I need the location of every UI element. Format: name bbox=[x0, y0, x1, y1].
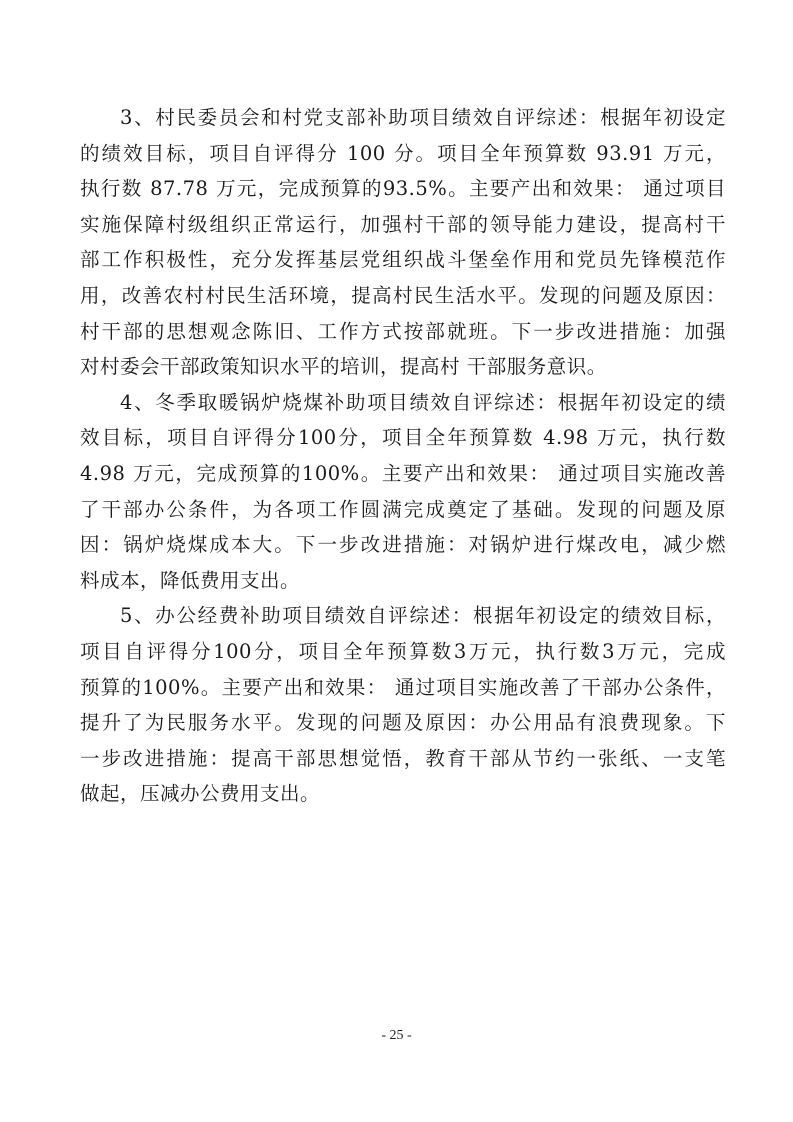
text-line: 实施保障村级组织正常运行，加强村干部的领导能力建设，提高村干 bbox=[80, 207, 726, 243]
text-line: 5、办公经费补助项目绩效自评综述：根据年初设定的绩效目标， bbox=[80, 598, 726, 634]
text-line: 4.98 万元，完成预算的100%。主要产出和效果： 通过项目实施改善 bbox=[80, 456, 726, 492]
paragraph-item-3: 3、村民委员会和村党支部补助项目绩效自评综述：根据年初设定 的绩效目标，项目自评… bbox=[80, 100, 726, 385]
text-line: 执行数 87.78 万元，完成预算的93.5%。主要产出和效果： 通过项目 bbox=[80, 171, 726, 207]
document-page: 3、村民委员会和村党支部补助项目绩效自评综述：根据年初设定 的绩效目标，项目自评… bbox=[0, 0, 793, 1122]
text-line: 对村委会干部政策知识水平的培训，提高村 干部服务意识。 bbox=[80, 349, 726, 385]
text-line: 的绩效目标，项目自评得分 100 分。项目全年预算数 93.91 万元， bbox=[80, 136, 726, 172]
text-line: 3、村民委员会和村党支部补助项目绩效自评综述：根据年初设定 bbox=[80, 100, 726, 136]
text-line: 用，改善农村村民生活环境，提高村民生活水平。发现的问题及原因： bbox=[80, 278, 726, 314]
text-line: 料成本，降低费用支出。 bbox=[80, 563, 726, 599]
text-line: 提升了为民服务水平。发现的问题及原因：办公用品有浪费现象。下 bbox=[80, 705, 726, 741]
paragraph-item-4: 4、冬季取暖锅炉烧煤补助项目绩效自评综述：根据年初设定的绩 效目标，项目自评得分… bbox=[80, 385, 726, 599]
page-number: - 25 - bbox=[0, 1028, 793, 1044]
document-body: 3、村民委员会和村党支部补助项目绩效自评综述：根据年初设定 的绩效目标，项目自评… bbox=[80, 100, 726, 812]
paragraph-item-5: 5、办公经费补助项目绩效自评综述：根据年初设定的绩效目标， 项目自评得分100分… bbox=[80, 598, 726, 812]
text-line: 项目自评得分100分，项目全年预算数3万元，执行数3万元，完成 bbox=[80, 634, 726, 670]
text-line: 村干部的思想观念陈旧、工作方式按部就班。下一步改进措施：加强 bbox=[80, 314, 726, 350]
text-line: 预算的100%。主要产出和效果： 通过项目实施改善了干部办公条件， bbox=[80, 670, 726, 706]
text-line: 了干部办公条件，为各项工作圆满完成奠定了基础。发现的问题及原 bbox=[80, 492, 726, 528]
text-line: 因：锅炉烧煤成本大。下一步改进措施：对锅炉进行煤改电，减少燃 bbox=[80, 527, 726, 563]
text-line: 一步改进措施：提高干部思想觉悟，教育干部从节约一张纸、一支笔 bbox=[80, 741, 726, 777]
text-line: 部工作积极性，充分发挥基层党组织战斗堡垒作用和党员先锋模范作 bbox=[80, 242, 726, 278]
text-line: 4、冬季取暖锅炉烧煤补助项目绩效自评综述：根据年初设定的绩 bbox=[80, 385, 726, 421]
text-line: 做起，压减办公费用支出。 bbox=[80, 776, 726, 812]
text-line: 效目标，项目自评得分100分，项目全年预算数 4.98 万元，执行数 bbox=[80, 420, 726, 456]
